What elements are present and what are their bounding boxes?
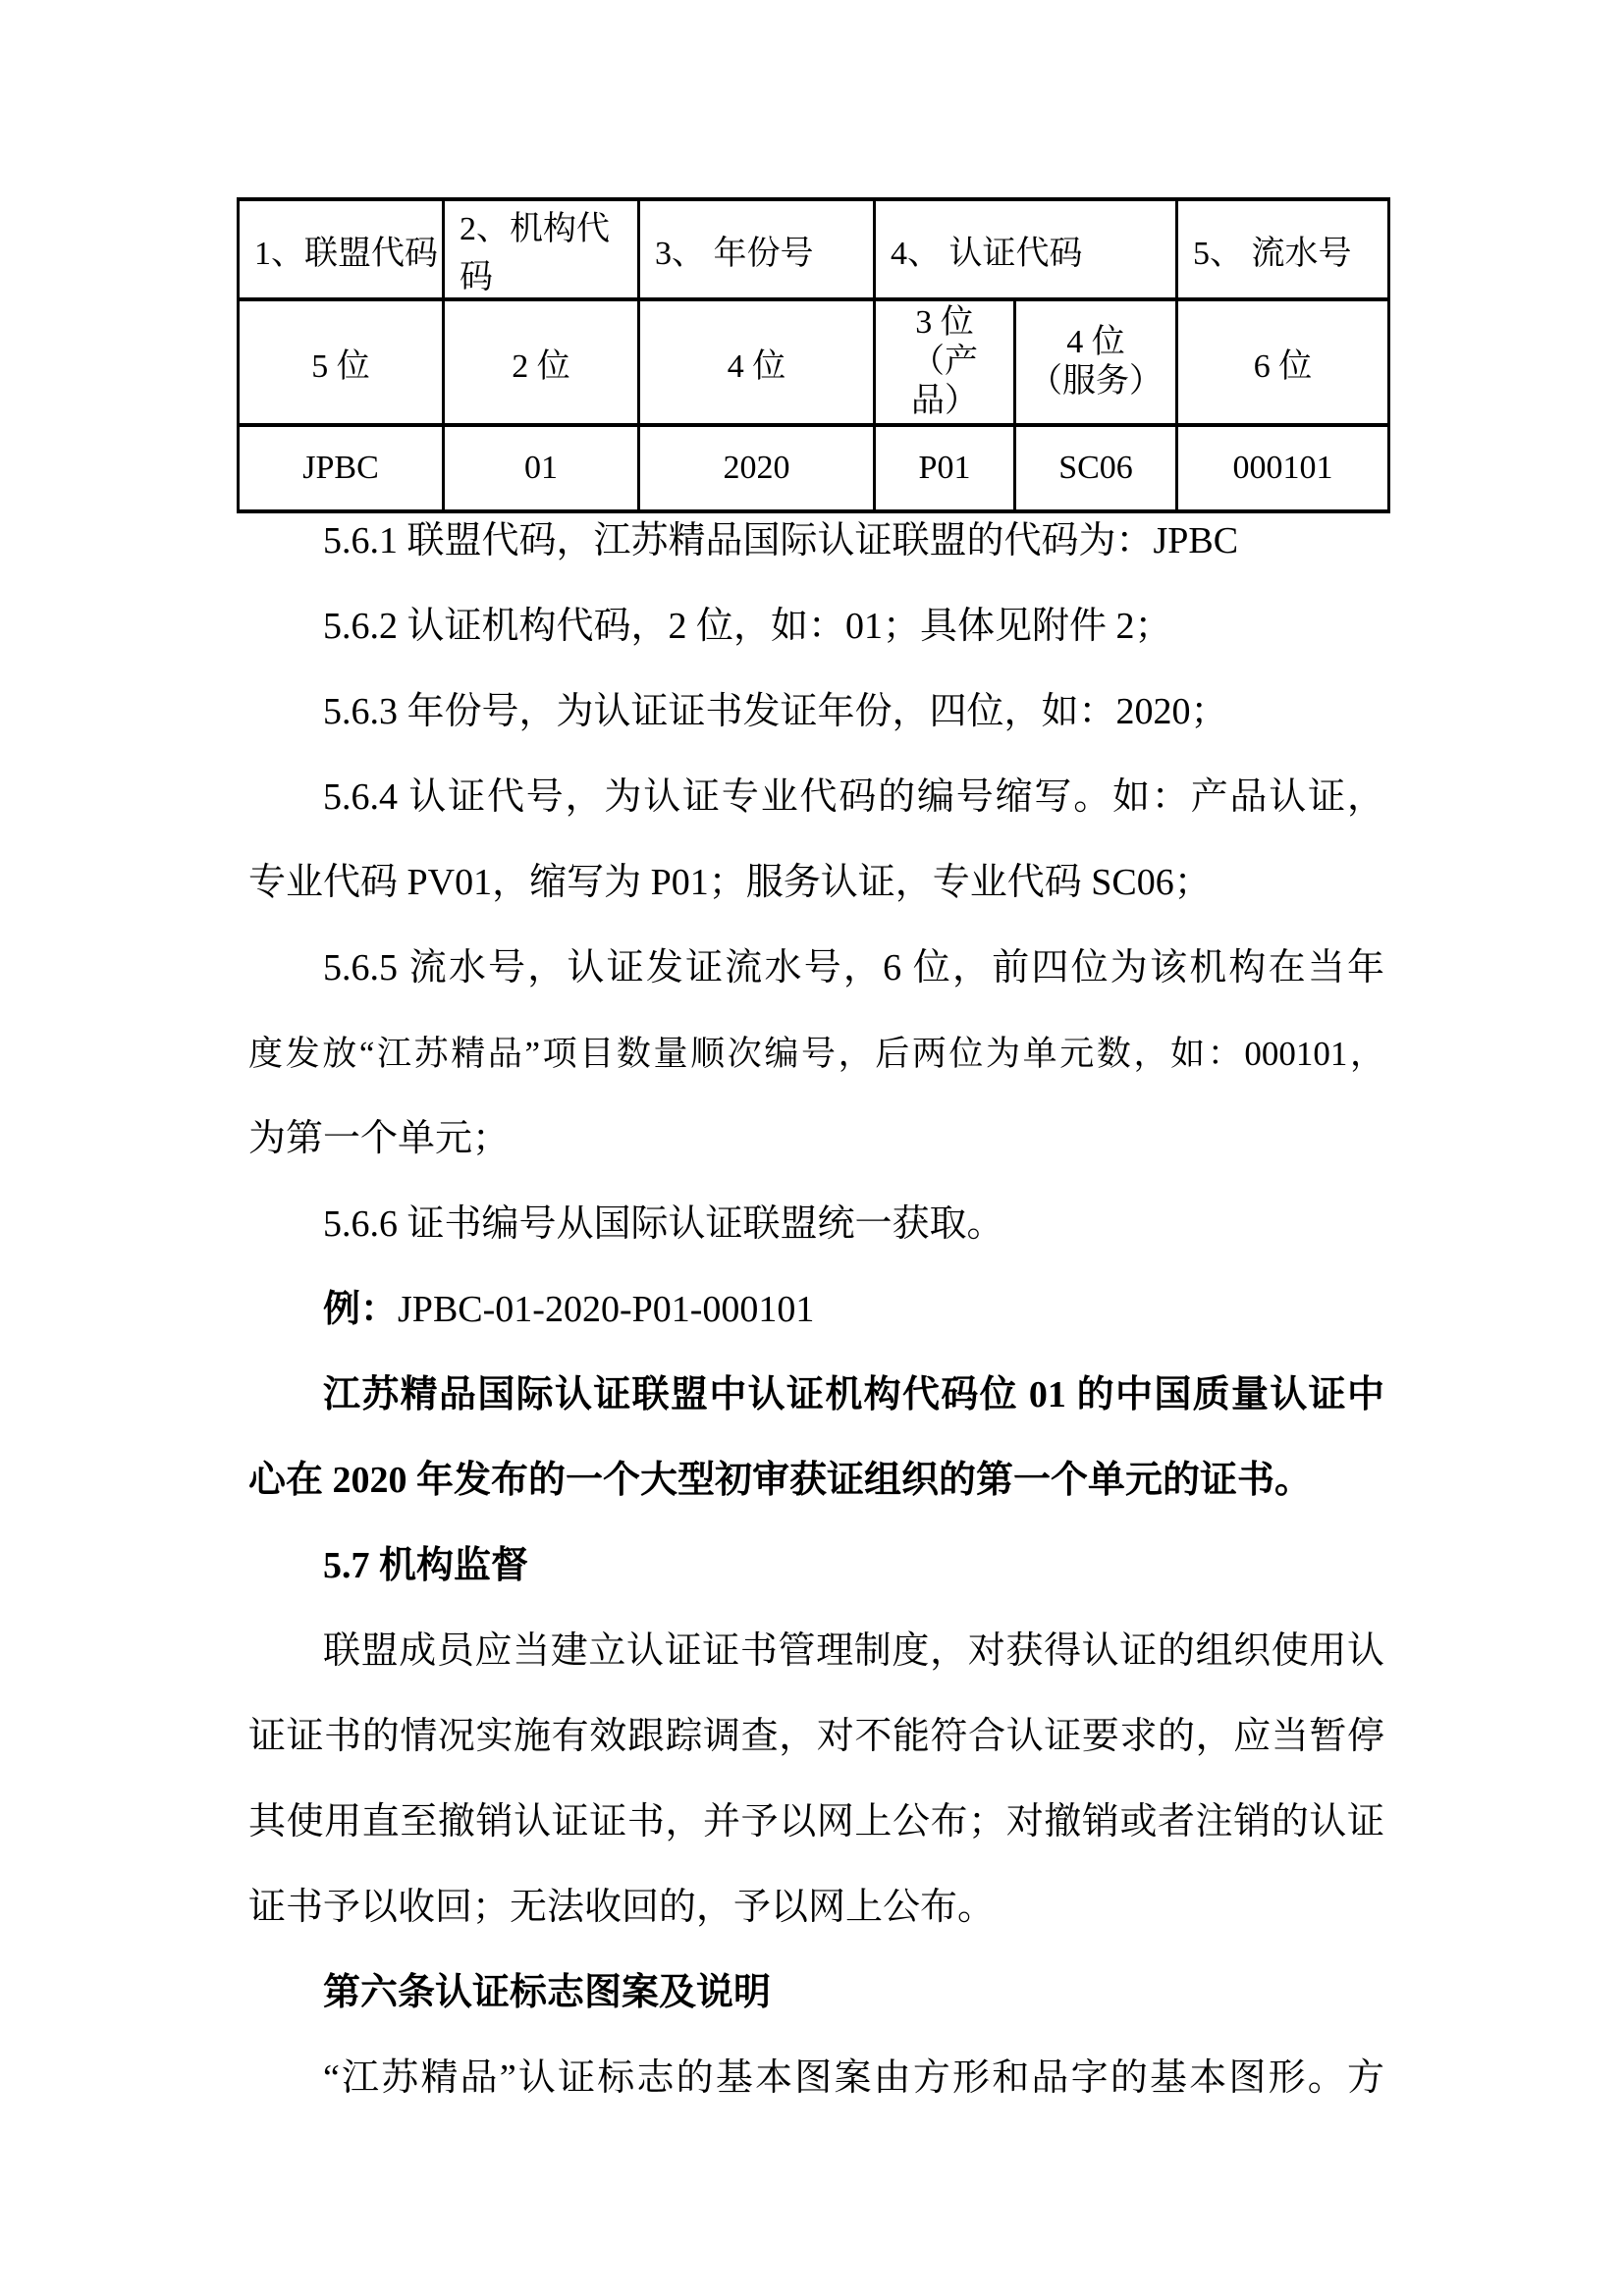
clause-5-6-5-line-1: 5.6.5 流水号，认证发证流水号，6 位，前四位为该机构在当年 bbox=[248, 926, 1384, 1011]
document-page: 1、联盟代码 2、机构代码 3、 年份号 4、 认证代码 5、 流水号 5 位 … bbox=[0, 0, 1624, 2296]
clause-5-7-line-1: 联盟成员应当建立认证证书管理制度，对获得认证的组织使用认 bbox=[248, 1609, 1384, 1694]
clause-5-6-5-line-3: 为第一个单元； bbox=[248, 1096, 1384, 1182]
clause-5-6-2: 5.6.2 认证机构代码，2 位，如：01；具体见附件 2； bbox=[248, 584, 1384, 669]
clause-5-7-line-3: 其使用直至撤销认证证书，并予以网上公布；对撤销或者注销的认证 bbox=[248, 1780, 1384, 1865]
example-explain-line-2: 心在 2020 年发布的一个大型初审获证组织的第一个单元的证书。 bbox=[248, 1438, 1384, 1523]
clause-5-7-line-2: 证证书的情况实施有效跟踪调查，对不能符合认证要求的，应当暂停 bbox=[248, 1694, 1384, 1780]
header-serial-code: 5、 流水号 bbox=[1177, 199, 1389, 299]
body-text: 5.6.1 联盟代码，江苏精品国际认证联盟的代码为：JPBC 5.6.2 认证机… bbox=[248, 499, 1384, 2121]
header-union-code: 1、联盟代码 bbox=[239, 199, 444, 299]
example-label: 例： bbox=[323, 1289, 398, 1330]
heading-5-7: 5.7 机构监督 bbox=[248, 1523, 1384, 1609]
size-cert-service: 4 位 （服务） bbox=[1015, 299, 1177, 425]
clause-5-6-4-line-1: 5.6.4 认证代号，为认证专业代码的编号缩写。如：产品认证， bbox=[248, 755, 1384, 840]
heading-article-6: 第六条认证标志图案及说明 bbox=[248, 1950, 1384, 2036]
clause-5-6-4-line-2: 专业代码 PV01，缩写为 P01；服务认证，专业代码 SC06； bbox=[248, 840, 1384, 926]
header-year-code: 3、 年份号 bbox=[639, 199, 875, 299]
certificate-number-structure-table: 1、联盟代码 2、机构代码 3、 年份号 4、 认证代码 5、 流水号 5 位 … bbox=[237, 197, 1390, 513]
clause-5-6-3: 5.6.3 年份号，为认证证书发证年份，四位，如：2020； bbox=[248, 669, 1384, 755]
clause-5-7-line-4: 证书予以收回；无法收回的，予以网上公布。 bbox=[248, 1865, 1384, 1950]
example-explain-line-1: 江苏精品国际认证联盟中认证机构代码位 01 的中国质量认证中 bbox=[248, 1353, 1384, 1438]
header-cert-code: 4、 认证代码 bbox=[875, 199, 1177, 299]
example-code: JPBC-01-2020-P01-000101 bbox=[398, 1289, 814, 1330]
table-size-row: 5 位 2 位 4 位 3 位 （产 品） 4 位 （服务） 6 位 bbox=[239, 299, 1389, 425]
article-6-line-1: “江苏精品”认证标志的基本图案由方形和品字的基本图形。方 bbox=[248, 2036, 1384, 2121]
size-org-code: 2 位 bbox=[444, 299, 639, 425]
size-year-code: 4 位 bbox=[639, 299, 875, 425]
example-line: 例：JPBC-01-2020-P01-000101 bbox=[248, 1267, 1384, 1353]
size-cert-product: 3 位 （产 品） bbox=[875, 299, 1015, 425]
table-header-row: 1、联盟代码 2、机构代码 3、 年份号 4、 认证代码 5、 流水号 bbox=[239, 199, 1389, 299]
size-serial-code: 6 位 bbox=[1177, 299, 1389, 425]
header-org-code: 2、机构代码 bbox=[444, 199, 639, 299]
clause-5-6-6: 5.6.6 证书编号从国际认证联盟统一获取。 bbox=[248, 1182, 1384, 1267]
clause-5-6-5-line-2: 度发放“江苏精品”项目数量顺次编号，后两位为单元数，如：000101， bbox=[248, 1011, 1384, 1096]
size-union-code: 5 位 bbox=[239, 299, 444, 425]
clause-5-6-1: 5.6.1 联盟代码，江苏精品国际认证联盟的代码为：JPBC bbox=[248, 499, 1384, 584]
